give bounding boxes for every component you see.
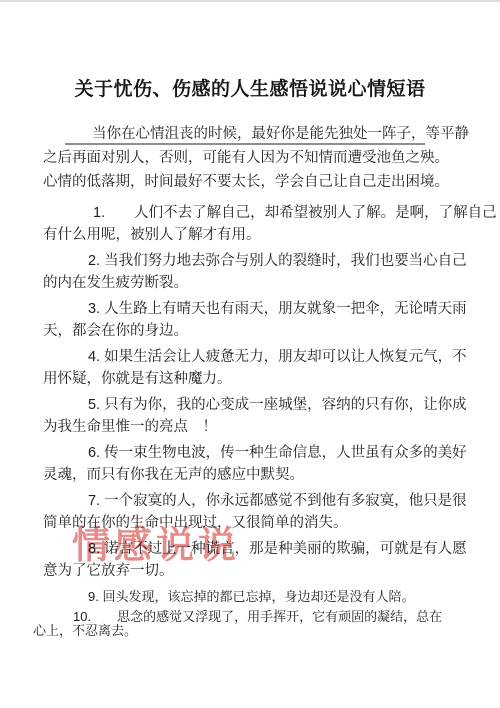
quote-item-9: 9. 回头发现，该忘掉的都已忘掉，身边却还是没有人陪。: [43, 586, 468, 608]
page-title: 关于忧伤、伤感的人生感悟说说心情短语: [0, 74, 500, 101]
quote-line: 3. 人生路上有晴天也有雨天，朋友就象一把伞，无论晴天雨: [43, 298, 468, 320]
quote-item-4: 4. 如果生活会让人疲惫无力，朋友却可以让人恢复元气，不 用怀疑，你就是有这种魔…: [43, 346, 468, 390]
quote-line: 7. 一个寂寞的人，你永远都感觉不到他有多寂寞，他只是很: [43, 490, 468, 512]
quote-line: 的内在发生疲劳断裂。: [43, 272, 468, 294]
quote-item-8: 8. 诺言不过上一种谎言，那是种美丽的欺骗，可就是有人愿 意为了它放弃一切。: [43, 538, 468, 582]
quote-line: 8. 诺言不过上一种谎言，那是种美丽的欺骗，可就是有人愿: [43, 538, 468, 560]
quote-line: 5. 只有为你，我的心变成一座城堡，容纳的只有你，让你成: [43, 394, 468, 416]
quote-line: 4. 如果生活会让人疲惫无力，朋友却可以让人恢复元气，不: [43, 346, 468, 368]
quote-line: 灵魂，而只有你我在无声的感应中默契。: [43, 464, 468, 486]
quote-line: 1. 人们不去了解自己，却希望被别人了解。是啊，了解自己: [43, 202, 468, 224]
intro-line: 之后再面对别人，否则，可能有人因为不知情而遭受池鱼之殃。: [43, 146, 468, 170]
quote-item-5: 5. 只有为你，我的心变成一座城堡，容纳的只有你，让你成 为我生命里惟一的亮点 …: [43, 394, 468, 438]
quote-item-10: 10. 思念的感觉又浮现了，用手挥开，它有顽固的凝结，总在 心上，不忍离去。: [43, 610, 468, 637]
quote-line: 6. 传一束生物电波，传一种生命信息，人世虽有众多的美好: [43, 442, 468, 464]
quote-item-7: 7. 一个寂寞的人，你永远都感觉不到他有多寂寞，他只是很 简单的在你的生命中出现…: [43, 490, 468, 534]
quote-item-2: 2. 当我们努力地去弥合与别人的裂缝时，我们也要当心自己 的内在发生疲劳断裂。: [43, 250, 468, 294]
quote-item-6: 6. 传一束生物电波，传一种生命信息，人世虽有众多的美好 灵魂，而只有你我在无声…: [43, 442, 468, 486]
quote-line: 9. 回头发现，该忘掉的都已忘掉，身边却还是没有人陪。: [43, 586, 468, 608]
quote-line: 10. 思念的感觉又浮现了，用手挥开，它有顽固的凝结，总在: [43, 610, 468, 624]
quote-line: 有什么用呢，被别人了解才有用。: [43, 224, 468, 246]
intro-line: 心情的低落期，时间最好不要太长，学会自己让自己走出困境。: [43, 170, 468, 194]
quote-line: 简单的在你的生命中出现过，又很简单的消失。: [43, 512, 468, 534]
quote-item-3: 3. 人生路上有晴天也有雨天，朋友就象一把伞，无论晴天雨 天，都会在你的身边。: [43, 298, 468, 342]
document-page: 情感说说 关于忧伤、伤感的人生感悟说说心情短语 当你在心情沮丧的时候，最好你是能…: [0, 0, 500, 708]
quote-line: 天，都会在你的身边。: [43, 320, 468, 342]
intro-paragraph: 当你在心情沮丧的时候，最好你是能先独处一阵子，等平静 之后再面对别人，否则，可能…: [43, 122, 468, 194]
intro-line: 当你在心情沮丧的时候，最好你是能先独处一阵子，等平静: [43, 122, 468, 146]
quote-line: 2. 当我们努力地去弥合与别人的裂缝时，我们也要当心自己: [43, 250, 468, 272]
quote-line: 用怀疑，你就是有这种魔力。: [43, 368, 468, 390]
document-body: 当你在心情沮丧的时候，最好你是能先独处一阵子，等平静 之后再面对别人，否则，可能…: [43, 122, 468, 641]
quote-line: 为我生命里惟一的亮点 ！: [43, 416, 468, 438]
quote-item-1: 1. 人们不去了解自己，却希望被别人了解。是啊，了解自己 有什么用呢，被别人了解…: [43, 202, 468, 246]
quote-line: 心上，不忍离去。: [33, 624, 468, 638]
quote-line: 意为了它放弃一切。: [43, 560, 468, 582]
